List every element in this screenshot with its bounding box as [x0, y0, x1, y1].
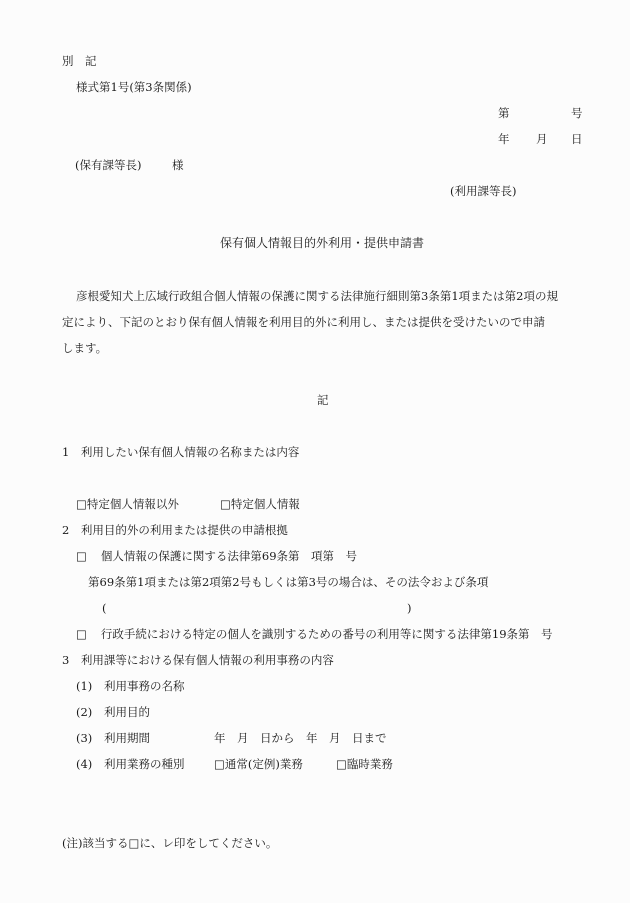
- checkbox-icon[interactable]: □: [76, 549, 87, 563]
- date-month: 月: [536, 132, 548, 146]
- intro-line-2: 定により、下記のとおり保有個人情報を利用目的外に利用し、または提供を受けたいので…: [62, 315, 545, 329]
- item-3-num: (3): [76, 731, 92, 745]
- basis-note: 第69条第1項または第2項第2号もしくは第3号の場合は、その法令および条項: [88, 575, 488, 589]
- item-2-label: 利用目的: [104, 705, 150, 719]
- section3-heading: 3 利用課等における保有個人情報の利用事務の内容: [62, 653, 334, 667]
- option-not-specific[interactable]: □特定個人情報以外: [76, 497, 179, 511]
- period-value: 年 月 日から 年 月 日まで: [214, 731, 387, 745]
- section1-heading: 1 利用したい保有個人情報の名称または内容: [62, 445, 299, 459]
- item-4-num: (4): [76, 757, 92, 771]
- doc-number-suffix: 号: [571, 106, 583, 120]
- intro-line-1: 彦根愛知犬上広域行政組合個人情報の保護に関する法律施行細則第3条第1項または第2…: [76, 289, 558, 303]
- item-2-num: (2): [76, 705, 92, 719]
- date-day: 日: [571, 132, 583, 146]
- paren-open: (: [102, 601, 107, 615]
- section2-heading: 2 利用目的外の利用または提供の申請根拠: [62, 523, 288, 537]
- option-regular[interactable]: □通常(定例)業務: [214, 757, 303, 771]
- item-4-label: 利用業務の種別: [104, 757, 185, 771]
- addressee: (保有課等長): [75, 158, 141, 172]
- sender: (利用課等長): [450, 184, 516, 198]
- footnote: (注)該当する□に、レ印をしてください。: [62, 836, 277, 850]
- basis-item-2[interactable]: □行政手続における特定の個人を識別するための番号の利用等に関する法律第19条第 …: [76, 627, 553, 641]
- form-number: 様式第1号(第3条関係): [76, 80, 192, 94]
- paren-close: ): [407, 601, 412, 615]
- item-3-label: 利用期間: [104, 731, 150, 745]
- checkbox-icon[interactable]: □: [76, 497, 87, 511]
- basis-item-1[interactable]: □個人情報の保護に関する法律第69条第 項第 号: [76, 549, 357, 563]
- item-1-num: (1): [76, 679, 92, 693]
- annex-label: 別 記: [62, 54, 97, 68]
- intro-line-3: します。: [62, 341, 107, 355]
- option-temporary[interactable]: □臨時業務: [336, 757, 393, 771]
- ki-label: 記: [317, 393, 329, 407]
- option-specific[interactable]: □特定個人情報: [220, 497, 300, 511]
- checkbox-icon[interactable]: □: [220, 497, 231, 511]
- honorific: 様: [172, 158, 184, 172]
- date-year: 年: [498, 132, 510, 146]
- doc-number-prefix: 第: [498, 106, 510, 120]
- checkbox-icon[interactable]: □: [76, 627, 87, 641]
- document-title: 保有個人情報目的外利用・提供申請書: [220, 236, 424, 250]
- item-1-label: 利用事務の名称: [104, 679, 185, 693]
